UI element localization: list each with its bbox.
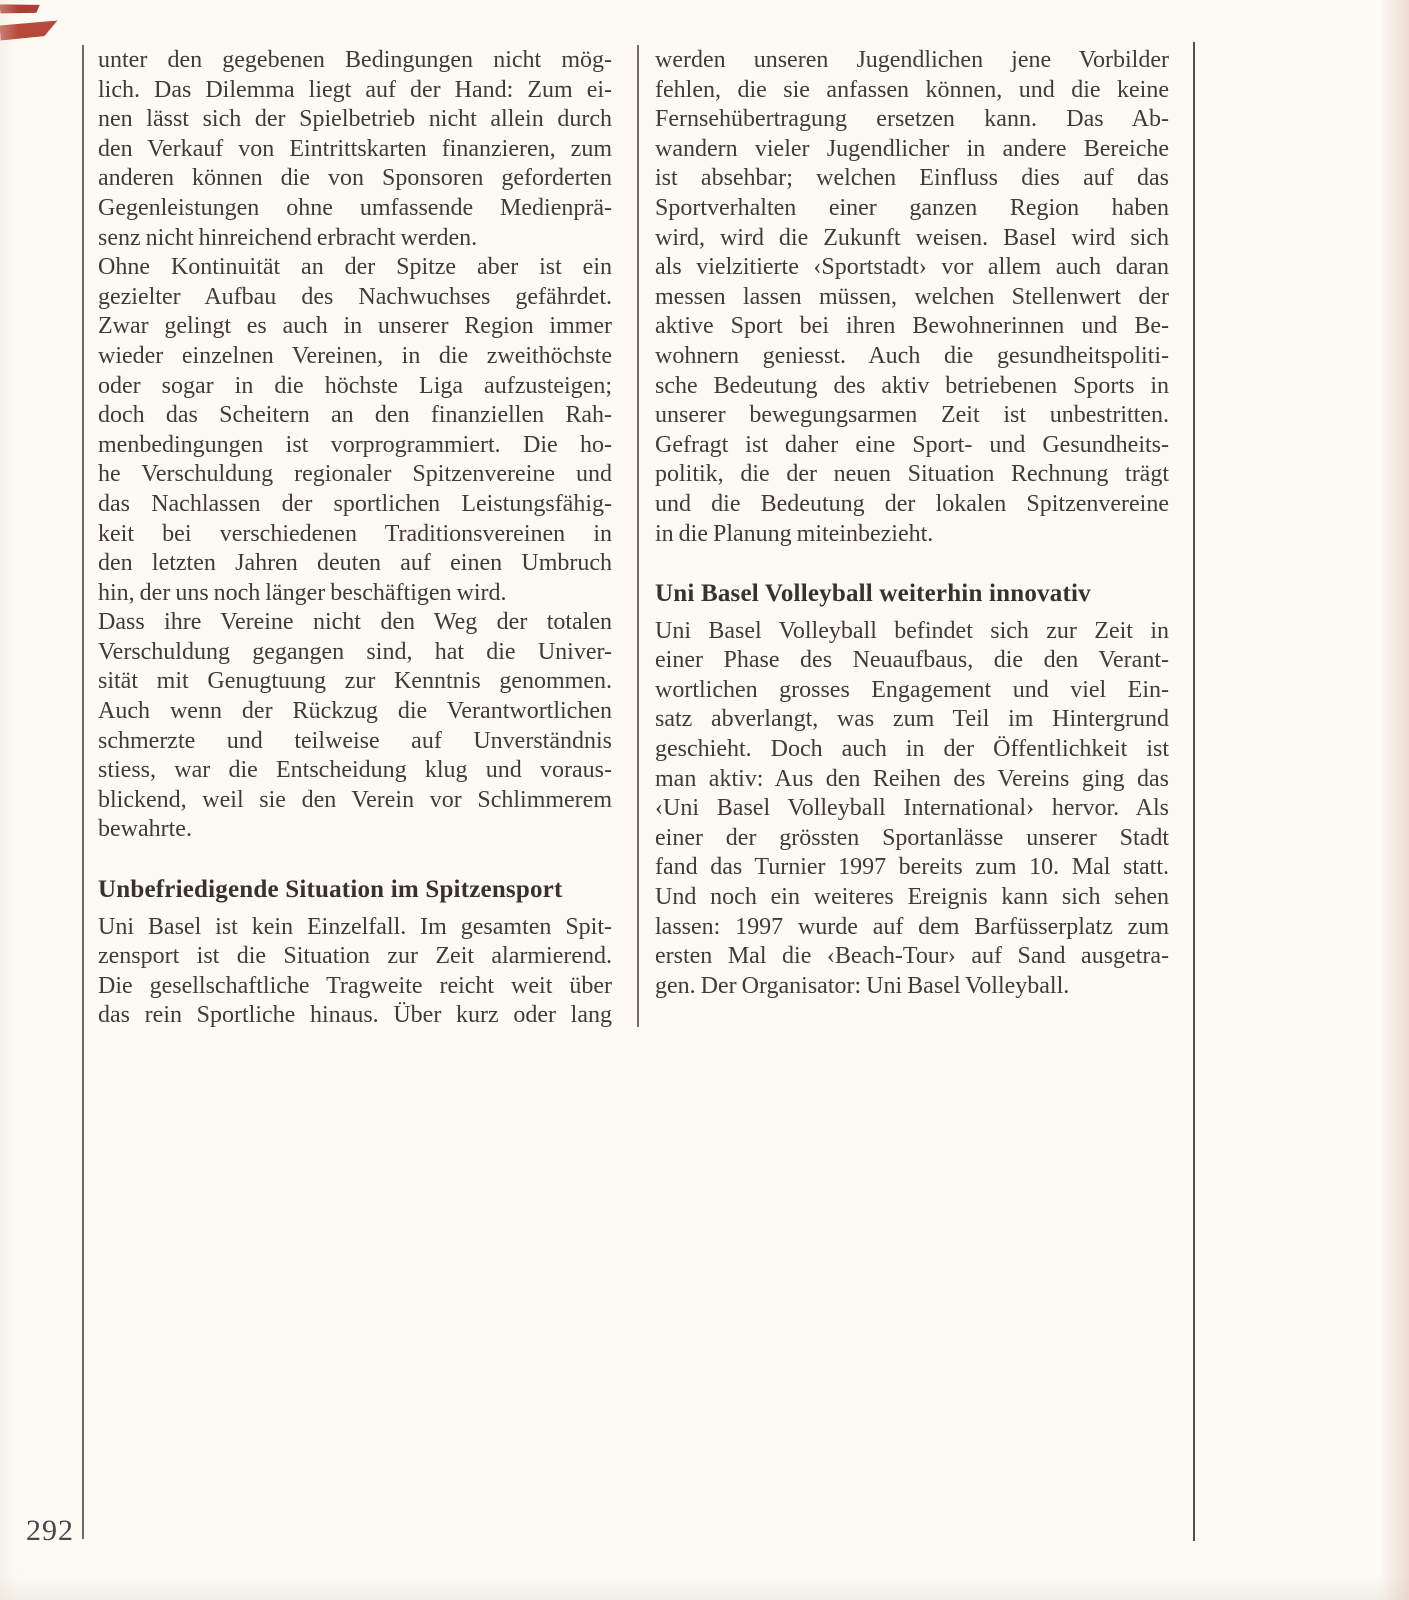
text-line: unter den gegebenen Bedingungen nicht mö…: [98, 46, 612, 76]
text-line: Verschuldung gegangen sind, hat die Univ…: [98, 638, 612, 668]
left-text-column: unter den gegebenen Bedingungen nicht mö…: [98, 46, 612, 1031]
text-line: politik, die der neuen Situation Rechnun…: [655, 460, 1169, 490]
text-line: keit bei verschiedenen Traditionsvereine…: [98, 520, 612, 550]
text-line: wohnern geniesst. Auch die gesundheitspo…: [655, 342, 1169, 372]
text-line: wortlichen grosses Engagement und viel E…: [655, 676, 1169, 706]
text-line: werden unseren Jugendlichen jene Vorbild…: [655, 46, 1169, 76]
section-heading: Uni Basel Volleyball weiterhin innovativ: [655, 579, 1169, 609]
right-text-column: werden unseren Jugendlichen jene Vorbild…: [655, 46, 1169, 1001]
text-line: doch das Scheitern an den finanziellen R…: [98, 401, 612, 431]
text-line: das rein Sportliche hinaus. Über kurz od…: [98, 1001, 612, 1031]
text-line: aktive Sport bei ihren Bewohnerinnen und…: [655, 312, 1169, 342]
text-line: lassen: 1997 wurde auf dem Barfüsserplat…: [655, 913, 1169, 943]
text-line: unserer bewegungsarmen Zeit ist unbestri…: [655, 401, 1169, 431]
text-line: sität mit Genugtuung zur Kenntnis genomm…: [98, 667, 612, 697]
text-line: Fernsehübertragung ersetzen kann. Das Ab…: [655, 105, 1169, 135]
text-line: blickend, weil sie den Verein vor Schlim…: [98, 786, 612, 816]
text-line: oder sogar in die höchste Liga aufzustei…: [98, 372, 612, 402]
text-line: in die Planung miteinbezieht.: [655, 520, 1169, 550]
text-line: ersten Mal die ‹Beach-Tour› auf Sand aus…: [655, 942, 1169, 972]
text-line: einer der grössten Sportanlässe unserer …: [655, 824, 1169, 854]
text-line: Sportverhalten einer ganzen Region haben: [655, 194, 1169, 224]
text-line: ist absehbar; welchen Einfluss dies auf …: [655, 164, 1169, 194]
text-line: wandern vieler Jugendlicher in andere Be…: [655, 135, 1169, 165]
text-line: hin, der uns noch länger beschäftigen wi…: [98, 579, 612, 609]
text-line: einer Phase des Neuaufbaus, die den Vera…: [655, 646, 1169, 676]
text-line: den Verkauf von Eintrittskarten finanzie…: [98, 135, 612, 165]
text-line: zensport ist die Situation zur Zeit alar…: [98, 942, 612, 972]
text-line: als vielzitierte ‹Sportstadt› vor allem …: [655, 253, 1169, 283]
text-line: und die Bedeutung der lokalen Spitzenver…: [655, 490, 1169, 520]
text-line: Gegenleistungen ohne umfassende Medienpr…: [98, 194, 612, 224]
red-pen-stroke-icon: [0, 2, 40, 16]
column-divider-rule: [637, 45, 639, 1027]
red-pen-stroke-icon: [0, 20, 58, 40]
text-line: menbedingungen ist vorprogrammiert. Die …: [98, 431, 612, 461]
text-line: den letzten Jahren deuten auf einen Umbr…: [98, 549, 612, 579]
right-margin-rule: [1193, 42, 1195, 1541]
left-margin-rule: [82, 45, 84, 1539]
text-line: he Verschuldung regionaler Spitzenverein…: [98, 460, 612, 490]
text-line: wird, wird die Zukunft weisen. Basel wir…: [655, 224, 1169, 254]
text-line: fehlen, die sie anfassen können, und die…: [655, 76, 1169, 106]
text-line: Zwar gelingt es auch in unserer Region i…: [98, 312, 612, 342]
text-line: stiess, war die Entscheidung klug und vo…: [98, 756, 612, 786]
text-line: lich. Das Dilemma liegt auf der Hand: Zu…: [98, 76, 612, 106]
text-line: Ohne Kontinuität an der Spitze aber ist …: [98, 253, 612, 283]
text-line: man aktiv: Aus den Reihen des Vereins gi…: [655, 765, 1169, 795]
text-line: Uni Basel ist kein Einzelfall. Im gesamt…: [98, 913, 612, 943]
text-line: bewahrte.: [98, 815, 612, 845]
text-line: wieder einzelnen Vereinen, in die zweith…: [98, 342, 612, 372]
text-line: ‹Uni Basel Volleyball International› her…: [655, 794, 1169, 824]
text-line: Auch wenn der Rückzug die Verantwortlich…: [98, 697, 612, 727]
text-line: senz nicht hinreichend erbracht werden.: [98, 224, 612, 254]
text-line: gezielter Aufbau des Nachwuchses gefährd…: [98, 283, 612, 313]
text-line: fand das Turnier 1997 bereits zum 10. Ma…: [655, 853, 1169, 883]
text-line: messen lassen müssen, welchen Stellenwer…: [655, 283, 1169, 313]
text-line: Und noch ein weiteres Ereignis kann sich…: [655, 883, 1169, 913]
text-line: geschieht. Doch auch in der Öffentlichke…: [655, 735, 1169, 765]
text-line: anderen können die von Sponsoren geforde…: [98, 164, 612, 194]
text-line: das Nachlassen der sportlichen Leistungs…: [98, 490, 612, 520]
text-line: satz abverlangt, was zum Teil im Hinterg…: [655, 705, 1169, 735]
text-line: Dass ihre Vereine nicht den Weg der tota…: [98, 608, 612, 638]
text-line: Die gesellschaftliche Tragweite reicht w…: [98, 972, 612, 1002]
text-line: sche Bedeutung des aktiv betriebenen Spo…: [655, 372, 1169, 402]
text-line: nen lässt sich der Spielbetrieb nicht al…: [98, 105, 612, 135]
section-heading: Unbefriedigende Situation im Spitzenspor…: [98, 875, 612, 905]
text-line: gen. Der Organisator: Uni Basel Volleyba…: [655, 972, 1169, 1002]
page-number: 292: [26, 1514, 74, 1548]
text-line: schmerzte und teilweise auf Unverständni…: [98, 727, 612, 757]
text-line: Uni Basel Volleyball befindet sich zur Z…: [655, 617, 1169, 647]
text-line: Gefragt ist daher eine Sport- und Gesund…: [655, 431, 1169, 461]
scanned-book-page: unter den gegebenen Bedingungen nicht mö…: [0, 0, 1409, 1600]
